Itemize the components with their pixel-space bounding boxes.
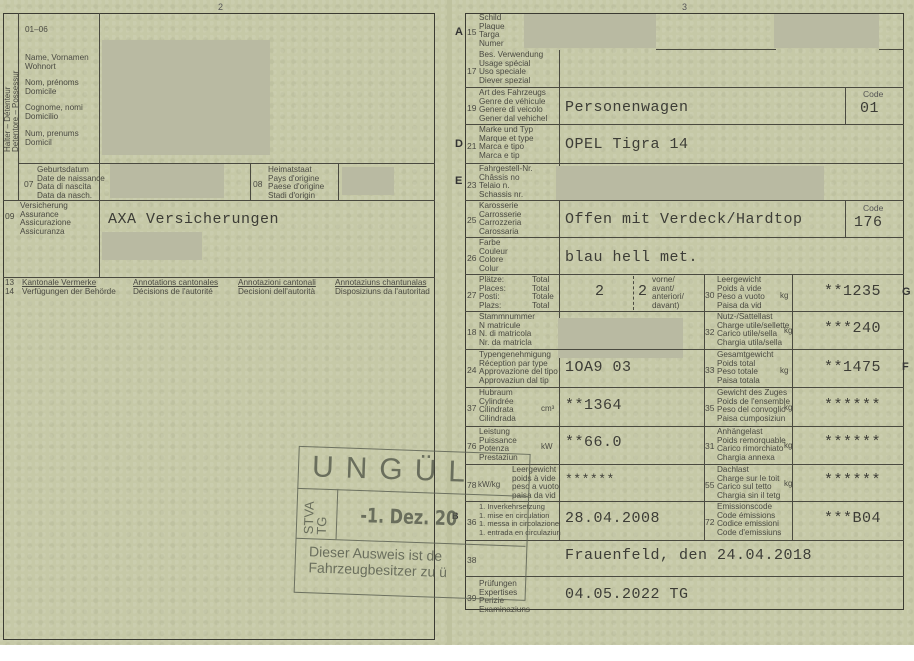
- stamp-text: Dieser Ausweis ist de Fahrzeugbesitzer z…: [308, 543, 448, 580]
- color-number: 26: [467, 253, 476, 263]
- holder-label-de: Name, VornamenWohnort: [25, 54, 89, 71]
- train-weight-labels: Gewicht des ZugesPoids de l'ensemblePeso…: [717, 389, 790, 423]
- body-labels: KarosserieCarrosserieCarrozzeriaCarossar…: [479, 202, 521, 236]
- trailer-load-number: 31: [705, 441, 714, 451]
- origin-redacted: [342, 167, 394, 195]
- annotation-it: Annotazioni cantonaliDecisioni dell'auto…: [238, 279, 316, 296]
- body-code-label: Code: [863, 203, 883, 213]
- divider: [18, 163, 435, 164]
- empty-weight-unit: kg: [780, 291, 788, 300]
- payload-value: ***240: [824, 320, 881, 337]
- empty-weight-labels: LeergewichtPoids à videPeso a vuotoPaisa…: [717, 276, 765, 310]
- roof-load-labels: DachlastCharge sur le toitCarico sul tet…: [717, 466, 780, 500]
- emission-code-value: ***B04: [824, 510, 881, 527]
- empty-weight-number: 30: [705, 290, 714, 300]
- holder-label-it: Cognome, nomiDomicilio: [25, 104, 83, 121]
- type-approval-labels: TypengenehmigungRéception par typeApprov…: [479, 351, 558, 385]
- body-number: 25: [467, 215, 476, 225]
- divider: [338, 163, 339, 200]
- make-model-number: 21: [467, 141, 476, 151]
- place-date-value: Frauenfeld, den 24.04.2018: [565, 547, 812, 564]
- side-letter-e: E: [455, 175, 462, 187]
- displacement-labels: HubraumCylindréeCilindrataCilindrada: [479, 389, 516, 423]
- birth-labels: GeburtsdatumDate de naissanceData di nas…: [37, 166, 105, 200]
- emission-code-number: 72: [705, 517, 714, 527]
- matriculation-labels: StammnummerN matriculeN. di matricolaNr.…: [479, 313, 535, 347]
- seats-total-value: 2: [595, 283, 605, 300]
- displacement-unit: cm³: [541, 404, 554, 413]
- birth-date-redacted: [110, 164, 224, 198]
- seats-front-value: 2: [638, 283, 648, 300]
- payload-number: 32: [705, 327, 714, 337]
- power-value: **66.0: [565, 434, 622, 451]
- empty-weight-value: **1235: [824, 283, 881, 300]
- origin-labels: HeimatstaatPays d'originePaese d'origine…: [268, 166, 324, 200]
- divider: [465, 274, 904, 275]
- trailer-load-value: ******: [824, 434, 881, 451]
- side-letter-a: A: [455, 26, 463, 38]
- divider: [250, 163, 251, 200]
- roof-load-unit: kg: [784, 479, 792, 488]
- plate-redacted: [524, 14, 656, 48]
- side-letter-d: D: [455, 138, 463, 150]
- make-model-value: OPEL Tigra 14: [565, 136, 689, 153]
- seats-front-labels: vorne/avant/anteriori/davant): [652, 276, 684, 310]
- total-weight-number: 33: [705, 365, 714, 375]
- divider: [845, 200, 846, 237]
- annotation-rm: Annotaziuns chantunalasDisposiziuns da l…: [335, 279, 430, 296]
- seats-total-labels: TotalTotalTotaleTotal: [532, 276, 554, 310]
- holder-name-redacted: [102, 40, 270, 155]
- chassis-labels: Fahrgestell-Nr.Châssis noTelaio n.Schass…: [479, 165, 533, 199]
- holder-label-rm: Num, prenumsDomicil: [25, 130, 79, 147]
- stamp-title: UNGÜL: [311, 450, 477, 490]
- holder-label-fr: Nom, prénomsDomicile: [25, 79, 79, 96]
- divider: [465, 237, 904, 238]
- holder-vertical-label: Halter – Détenteur Detentore – Possessur: [4, 71, 20, 152]
- roof-load-value: ******: [824, 472, 881, 489]
- make-model-labels: Marke und TypMarque et typeMarca e tipoM…: [479, 126, 534, 160]
- insurance-value: AXA Versicherungen: [108, 211, 279, 228]
- total-weight-value: **1475: [824, 359, 881, 376]
- side-letter-g: G: [902, 286, 911, 298]
- payload-unit: kg: [784, 326, 792, 335]
- body-code: 176: [854, 214, 883, 231]
- emission-code-labels: EmissionscodeCode émissionsCodice emissi…: [717, 503, 781, 537]
- type-approval-number: 24: [467, 365, 476, 375]
- inspections-value: 04.05.2022 TG: [565, 586, 689, 603]
- annotation-numbers: 1314: [5, 279, 14, 296]
- divider: [879, 49, 904, 50]
- divider: [465, 426, 904, 427]
- train-weight-unit: kg: [784, 403, 792, 412]
- seats-number: 27: [467, 290, 476, 300]
- side-letter-f: F: [902, 361, 909, 373]
- stamp-authority: STVA TG: [302, 501, 329, 535]
- matriculation-redacted: [558, 318, 683, 358]
- vehicle-type-code-label: Code: [863, 89, 883, 99]
- seats-labels: Plätze:Places:Posti:Plazs:: [479, 276, 506, 310]
- first-registration-value: 28.04.2008: [565, 510, 660, 527]
- stamp-date: -1. Dez. 20: [360, 503, 458, 530]
- invalid-stamp: UNGÜL STVA TG -1. Dez. 20 Dieser Ausweis…: [293, 446, 538, 609]
- insurance-policy-redacted: [102, 232, 202, 260]
- trailer-load-unit: kg: [784, 441, 792, 450]
- color-value: blau hell met.: [565, 249, 698, 266]
- power-number: 76: [467, 441, 476, 451]
- train-weight-number: 35: [705, 403, 714, 413]
- trailer-load-labels: AnhängelastPoids remorquableCarico rimor…: [717, 428, 786, 462]
- total-weight-unit: kg: [780, 366, 788, 375]
- chassis-number: 23: [467, 180, 476, 190]
- power-unit: kW: [541, 442, 553, 451]
- origin-number: 08: [253, 179, 262, 189]
- total-weight-labels: GesamtgewichtPoids totalPeso totalePaisa…: [717, 351, 773, 385]
- roof-load-number: 55: [705, 480, 714, 490]
- vehicle-type-value: Personenwagen: [565, 99, 689, 116]
- body-value: Offen mit Verdeck/Hardtop: [565, 211, 803, 228]
- divider: [656, 49, 776, 50]
- type-approval-value: 1OA9 03: [565, 359, 632, 376]
- page-number-left: 2: [218, 2, 223, 12]
- plate-number: 15: [467, 27, 476, 37]
- special-use-labels: Bes. VerwendungUsage spécialUso speciale…: [479, 51, 543, 85]
- chassis-redacted: [556, 166, 824, 200]
- insurance-number: 09: [5, 211, 14, 221]
- divider: [465, 387, 904, 388]
- plate-labels: SchildPlaqueTargaNumer: [479, 14, 505, 48]
- train-weight-value: ******: [824, 397, 881, 414]
- matriculation-number: 18: [467, 327, 476, 337]
- vehicle-type-code: 01: [860, 100, 879, 117]
- vehicle-type-number: 19: [467, 103, 476, 113]
- vehicle-type-labels: Art des FahrzeugsGenre de véhiculeGenere…: [479, 89, 547, 123]
- payload-labels: Nutz-/SattellastCharge utile/selletteCar…: [717, 313, 789, 347]
- holder-section-number: 01–06: [25, 26, 48, 35]
- birth-number: 07: [24, 179, 33, 189]
- annotation-de: Kantonale VermerkeVerfügungen der Behörd…: [22, 279, 116, 296]
- displacement-number: 37: [467, 403, 476, 413]
- label-column-divider: [99, 13, 100, 277]
- power-weight-value: ******: [565, 472, 615, 487]
- color-labels: FarbeCouleurColoreColur: [479, 239, 508, 273]
- page-number-right: 3: [682, 2, 687, 12]
- divider: [845, 87, 846, 124]
- annotation-fr: Annotations cantonalesDécisions de l'aut…: [133, 279, 218, 296]
- special-use-number: 17: [467, 66, 476, 76]
- displacement-value: **1364: [565, 397, 622, 414]
- insurance-labels: VersicherungAssuranceAssicurazioneAssicu…: [20, 202, 71, 236]
- plate-redacted-2: [774, 14, 879, 48]
- divider: [633, 276, 634, 310]
- divider: [465, 200, 904, 201]
